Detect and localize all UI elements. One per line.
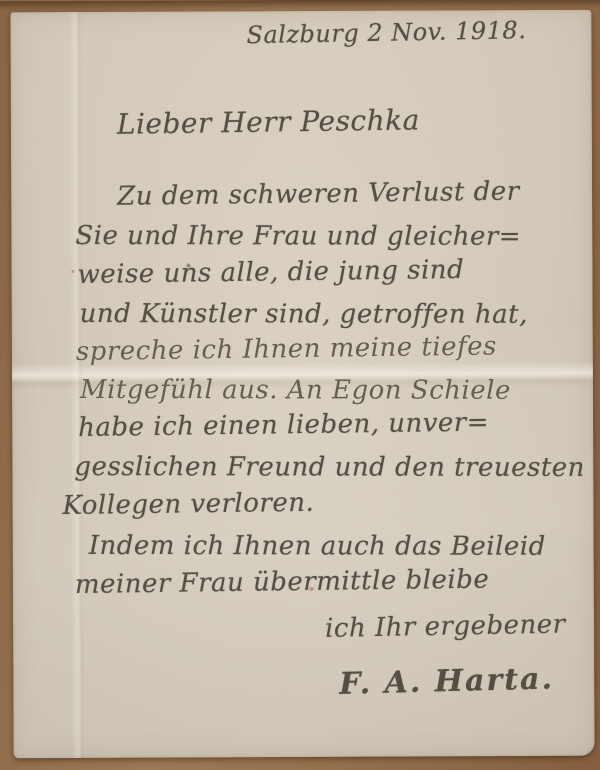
- body-line: habe ich einen lieben, unver=: [78, 408, 489, 443]
- body-line: spreche ich Ihnen meine tiefes: [76, 331, 497, 367]
- body-line: Zu dem schweren Verlust der: [117, 177, 520, 212]
- letter-photograph: Salzburg 2 Nov. 1918. Lieber Herr Peschk…: [0, 0, 600, 770]
- closing-line: ich Ihr ergebener: [325, 609, 566, 643]
- closing-line: Indem ich Ihnen auch das Beileid: [89, 531, 546, 562]
- signature: F. A. Harta.: [339, 661, 554, 701]
- body-line: Sie und Ihre Frau und gleicher=: [75, 221, 521, 252]
- letter-paper: Salzburg 2 Nov. 1918. Lieber Herr Peschk…: [10, 10, 594, 759]
- body-line: weise uns alle, die jung sind: [77, 255, 464, 290]
- body-line: und Künstler sind, getroffen hat,: [80, 299, 528, 330]
- paper-speck: [72, 270, 75, 273]
- closing-line: meiner Frau übermittle bleibe: [75, 565, 490, 600]
- body-line: Mitgefühl aus. An Egon Schiele: [80, 375, 511, 406]
- body-line: Kollegen verloren.: [62, 488, 314, 521]
- salutation: Lieber Herr Peschka: [117, 103, 420, 140]
- dateline: Salzburg 2 Nov. 1918.: [246, 16, 526, 49]
- body-line: gesslichen Freund und den treuesten: [74, 452, 585, 483]
